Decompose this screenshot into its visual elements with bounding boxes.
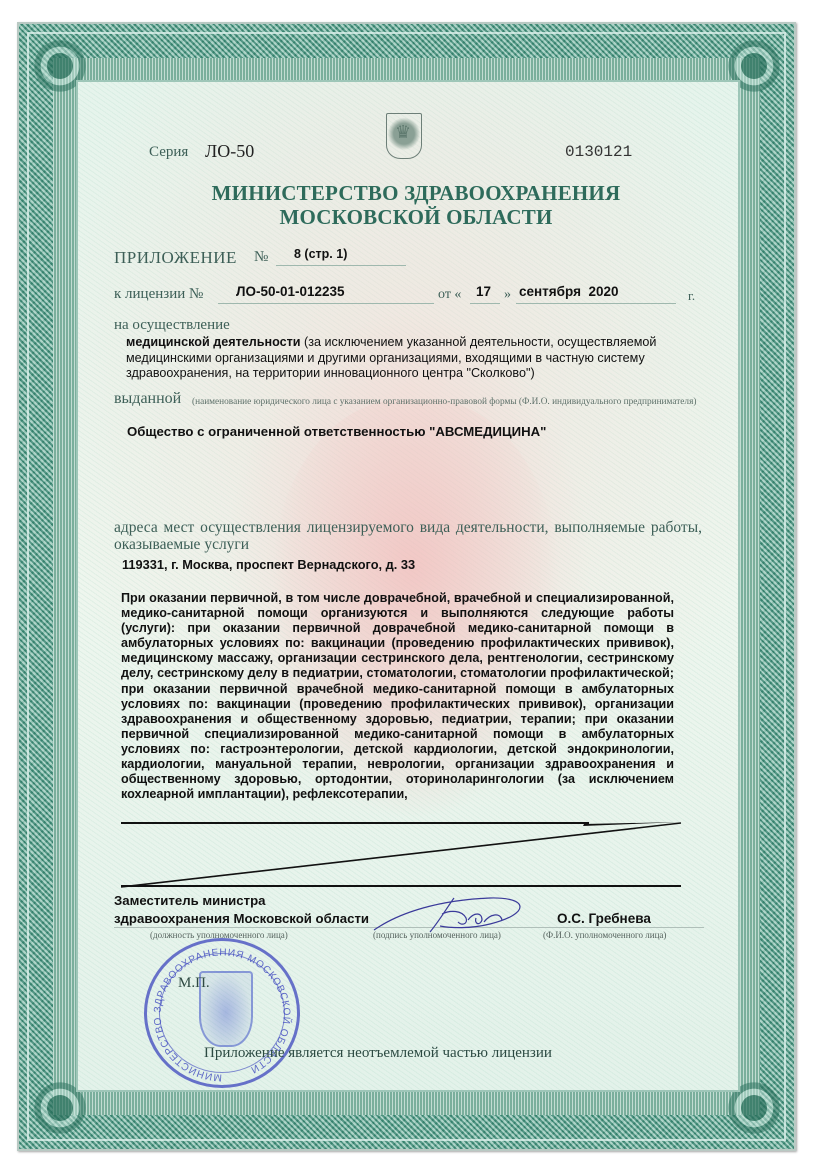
license-day: 17 <box>476 284 491 299</box>
signer-name: О.С. Гребнева <box>557 911 651 926</box>
license-from-label: от « <box>438 287 461 303</box>
appendix-label: ПРИЛОЖЕНИЕ <box>114 248 237 268</box>
stamp-place-label: М.П. <box>178 975 210 992</box>
signer-position-line2: здравоохранения Московской области <box>114 911 369 926</box>
blank-space-rule-bottom <box>121 885 681 887</box>
licensee-name: Общество с ограниченной ответственностью… <box>127 424 546 439</box>
license-month-year: сентября 2020 <box>519 284 618 299</box>
official-stamp: МИНИСТЕРСТВО ЗДРАВООХРАНЕНИЯ МОСКОВСКОЙ … <box>144 938 300 1088</box>
issued-to-hint: (наименование юридического лица с указан… <box>114 393 704 411</box>
blank-space-diagonal <box>121 822 681 888</box>
caption-name: (Ф.И.О. уполномоченного лица) <box>543 930 666 940</box>
form-number: 0130121 <box>565 143 632 161</box>
license-day-underline <box>470 303 500 304</box>
appendix-number-sign: № <box>254 249 268 266</box>
appendix-number-value: 8 (стр. 1) <box>294 247 347 261</box>
series-label: Серия <box>149 144 188 161</box>
services-description: При оказании первичной, в том числе довр… <box>121 591 674 802</box>
activity-label: на осуществление <box>114 317 230 334</box>
license-year-suffix: г. <box>688 288 695 304</box>
signer-position-line1: Заместитель министра <box>114 893 265 908</box>
license-number-underline <box>218 303 434 304</box>
license-label: к лицензии № <box>114 286 203 303</box>
footer-note: Приложение является неотъемлемой частью … <box>204 1045 552 1062</box>
caption-signature: (подпись уполномоченного лица) <box>373 930 501 940</box>
ministry-title-line1: МИНИСТЕРСТВО ЗДРАВООХРАНЕНИЯ <box>150 181 682 206</box>
series-value: ЛО-50 <box>205 141 254 162</box>
activity-type: медицинской деятельности <box>126 335 301 349</box>
activity-description: медицинской деятельности (за исключением… <box>126 335 681 382</box>
address-value: 119331, г. Москва, проспект Вернадского,… <box>122 557 415 572</box>
license-quote-close: » <box>504 287 511 303</box>
license-number: ЛО-50-01-012235 <box>236 284 345 299</box>
coat-of-arms-icon <box>386 113 422 159</box>
ministry-title-line2: МОСКОВСКОЙ ОБЛАСТИ <box>150 205 682 230</box>
appendix-number-underline <box>276 265 406 266</box>
license-date-underline <box>516 303 676 304</box>
addresses-label: адреса мест осуществления лицензируемого… <box>114 519 702 553</box>
